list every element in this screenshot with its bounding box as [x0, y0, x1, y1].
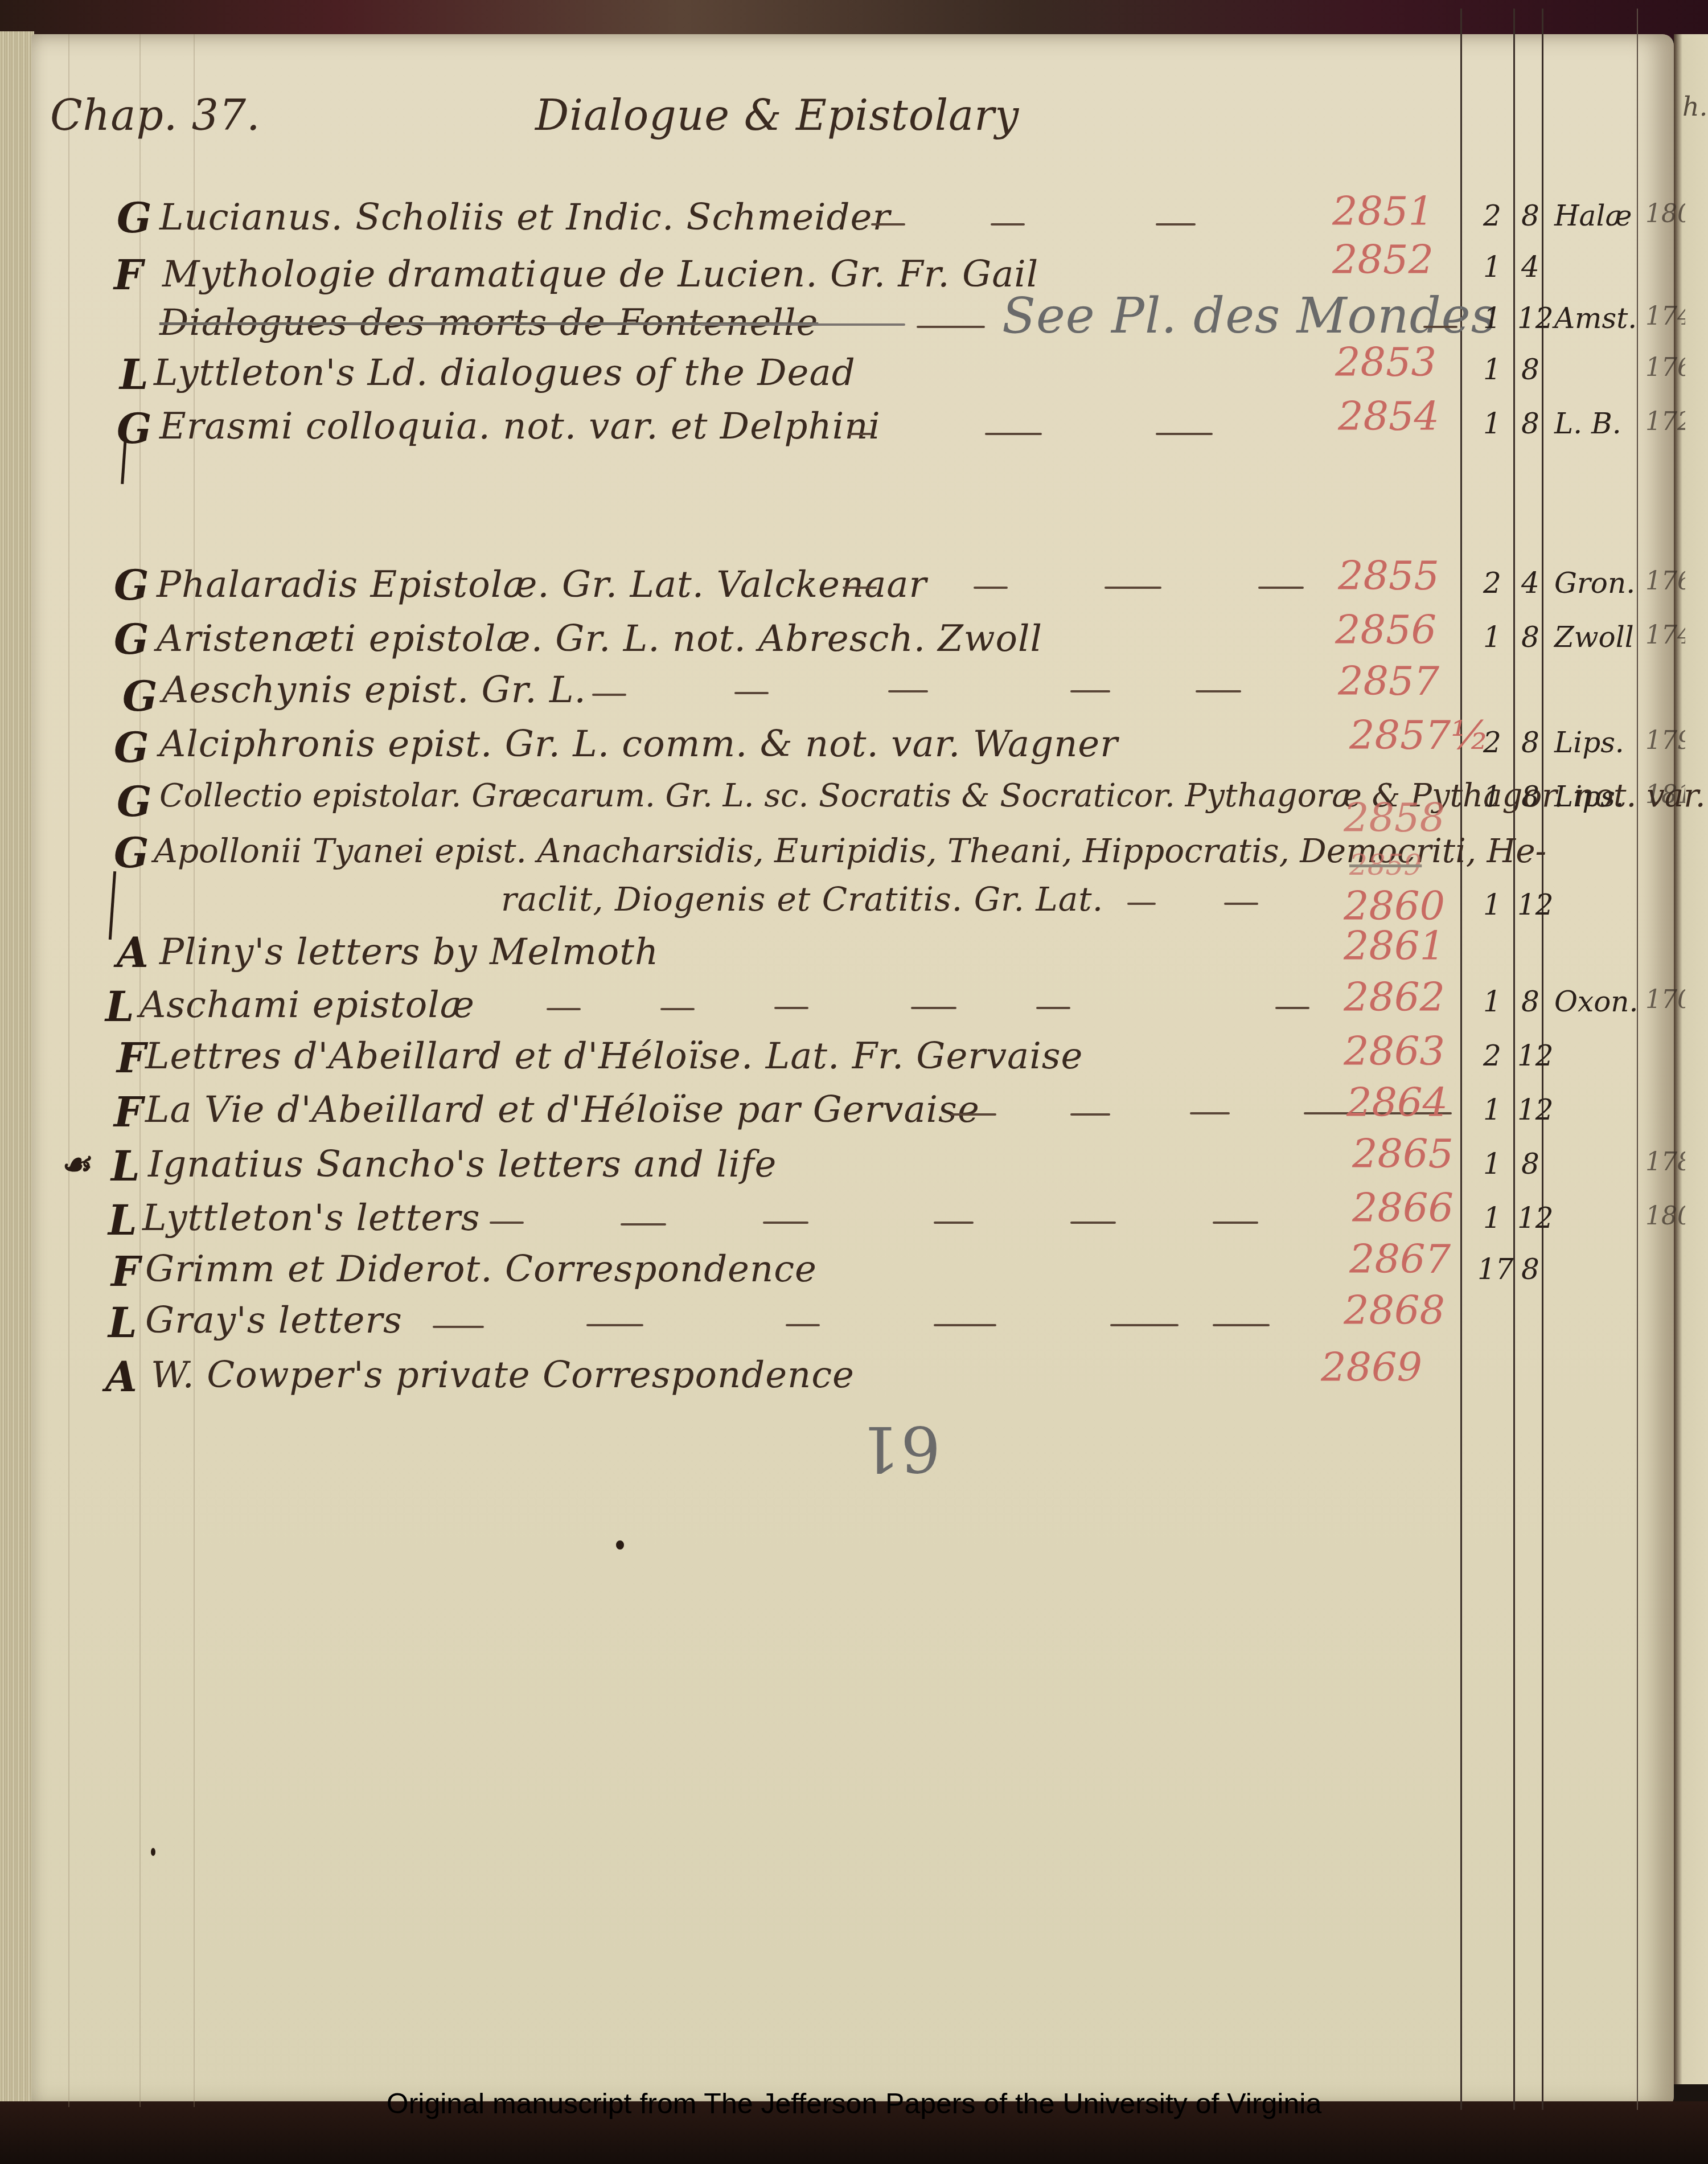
year: 1742 [1645, 302, 1685, 331]
volumes: 1 [1483, 1093, 1501, 1126]
volumes: 1 [1483, 353, 1501, 386]
year: 1802 [1645, 199, 1685, 228]
ink-speck [616, 1540, 624, 1550]
catalog-number: 2864 [1346, 1079, 1448, 1126]
place: Amst. [1554, 302, 1637, 335]
category-mark: G [114, 723, 150, 772]
entry-title: Aristenæti epistolæ. Gr. L. not. Abresch… [157, 618, 1042, 660]
year: 1703 [1645, 985, 1685, 1014]
category-mark: A [105, 1352, 138, 1401]
entry-title: Aeschynis epist. Gr. L. [162, 669, 586, 711]
format: 4 [1521, 567, 1539, 600]
format: 12 [1517, 1093, 1554, 1126]
year: 1782 [1645, 1147, 1685, 1177]
volumes: 2 [1483, 1039, 1501, 1072]
volumes: 1 [1483, 985, 1501, 1018]
entry-title: Ignatius Sancho's letters and life [148, 1144, 777, 1186]
catalog-number: 2861 [1344, 923, 1445, 969]
place: Zwoll [1554, 621, 1634, 654]
format: 8 [1521, 726, 1539, 759]
entry-title: Lyttleton's letters [142, 1197, 481, 1239]
catalog-number: 2868 [1344, 1287, 1445, 1334]
volumes: 1 [1483, 780, 1501, 813]
year: 1806 [1645, 1202, 1685, 1231]
volumes: 1 [1483, 407, 1501, 440]
entry-title: Pliny's letters by Melmoth [159, 931, 659, 973]
category-mark: G [122, 672, 158, 720]
volumes: 2 [1483, 726, 1501, 759]
volumes: 1 [1483, 888, 1501, 921]
format: 12 [1517, 302, 1554, 335]
catalog-number: 2866 [1352, 1185, 1454, 1231]
entry-title-struck: Dialogues des morts de Fontenelle [159, 302, 818, 344]
catalog-number-struck: 2859 [1349, 849, 1422, 882]
catalog-number: 2853 [1335, 339, 1436, 386]
format: 8 [1521, 199, 1539, 232]
place: Halæ [1554, 199, 1632, 232]
facing-page-chapter: h. 3 [1682, 91, 1708, 122]
entry-title: Mythologie dramatique de Lucien. Gr. Fr.… [162, 253, 1038, 296]
place: Oxon. [1554, 985, 1638, 1018]
catalog-number: 2863 [1344, 1028, 1445, 1075]
format: 8 [1521, 985, 1539, 1018]
catalog-number: 2852 [1332, 236, 1434, 283]
volumes: 1 [1483, 302, 1501, 335]
entry-title: Grimm et Diderot. Correspondence [145, 1248, 817, 1290]
pointing-hand-mark: ☙ [60, 1145, 91, 1185]
catalog-number: 2857 [1338, 658, 1439, 704]
format: 12 [1517, 1039, 1554, 1072]
pencil-note: See Pl. des Mondes [1002, 288, 1497, 345]
volumes: 1 [1483, 1202, 1501, 1235]
page-title: Dialogue & Epistolary [535, 91, 1019, 140]
catalog-number: 2855 [1338, 552, 1439, 599]
category-mark: F [111, 1247, 141, 1296]
pencil-page-number: 61 [860, 1412, 941, 1485]
category-mark: F [114, 1088, 143, 1136]
catalog-number: 2856 [1335, 606, 1436, 653]
entry-title: W. Cowper's private Correspondence [151, 1354, 855, 1396]
year: 1767 [1645, 567, 1685, 596]
category-mark: L [120, 350, 149, 399]
format: 8 [1521, 621, 1539, 654]
volumes: 1 [1483, 1147, 1501, 1181]
format: 8 [1521, 780, 1539, 813]
margin-rule [68, 34, 69, 2107]
category-mark: G [117, 777, 153, 826]
category-mark: G [114, 561, 150, 609]
year: 1760 [1645, 353, 1685, 382]
entry-title: Gray's letters [145, 1300, 403, 1342]
year: 1749 [1645, 621, 1685, 650]
column-divider [1637, 9, 1638, 2110]
volumes: 2 [1483, 199, 1501, 232]
catalog-number: 2851 [1332, 188, 1434, 235]
format: 12 [1517, 1202, 1554, 1235]
category-mark: L [108, 1196, 138, 1244]
catalog-number: 2857½ [1349, 712, 1489, 759]
catalog-number: 2869 [1321, 1344, 1422, 1391]
category-mark: G [117, 194, 153, 242]
place: Lips. [1554, 726, 1624, 759]
page-edges [0, 31, 34, 2110]
format: 8 [1521, 353, 1539, 386]
volumes: 17 [1477, 1253, 1514, 1286]
entry-title-continued: raclit, Diogenis et Cratitis. Gr. Lat. [501, 880, 1103, 919]
format: 4 [1521, 251, 1539, 284]
place: L. B. [1554, 407, 1621, 440]
format: 8 [1521, 1147, 1539, 1181]
category-mark: L [108, 1298, 138, 1347]
catalog-number: 2867 [1349, 1236, 1451, 1282]
volumes: 1 [1483, 621, 1501, 654]
facing-page-edge [1674, 34, 1708, 2084]
format: 8 [1521, 1253, 1539, 1286]
entry-title: Lucianus. Scholiis et Indic. Schmeider [159, 196, 890, 239]
format: 8 [1521, 407, 1539, 440]
category-mark: F [114, 251, 143, 299]
entry-title: Aschami epistolæ [139, 984, 475, 1026]
entry-title: Erasmi colloquia. not. var. et Delphini [159, 405, 881, 448]
category-mark: L [111, 1142, 141, 1190]
entry-title: Collectio epistolar. Græcarum. Gr. L. sc… [159, 777, 1706, 814]
category-mark: F [117, 1034, 146, 1082]
format: 12 [1517, 888, 1554, 921]
catalog-number: 2854 [1338, 393, 1439, 440]
chapter-label: Chap. 37. [50, 91, 261, 140]
entry-title: Lettres d'Abeillard et d'Héloïse. Lat. F… [145, 1035, 1083, 1077]
category-mark: L [105, 982, 135, 1031]
entry-title: Alciphronis epist. Gr. L. comm. & not. v… [159, 723, 1118, 765]
volumes: 1 [1483, 251, 1501, 284]
entry-title: Apollonii Tyanei epist. Anacharsidis, Eu… [154, 831, 1546, 870]
catalog-number: 2862 [1344, 974, 1445, 1020]
entry-title: Phalaradis Epistolæ. Gr. Lat. Valckenaar [157, 564, 927, 606]
category-mark: G [114, 615, 150, 663]
attribution-footer: Original manuscript from The Jefferson P… [0, 2087, 1708, 2120]
place: Gron. [1554, 567, 1635, 600]
category-mark: A [117, 928, 149, 977]
place: Lips. [1554, 780, 1624, 813]
year: 1798 [1645, 726, 1685, 755]
column-divider [1513, 9, 1515, 2110]
entry-title: La Vie d'Abeillard et d'Héloïse par Gerv… [145, 1089, 980, 1131]
category-mark: G [117, 404, 153, 453]
entry-title: Lyttleton's Ld. dialogues of the Dead [154, 352, 856, 394]
year: 1729 [1645, 407, 1685, 436]
year: 1815 [1645, 780, 1685, 809]
catalog-number: 2865 [1352, 1130, 1454, 1177]
ink-speck [151, 1848, 155, 1856]
volumes: 2 [1483, 567, 1501, 600]
category-mark: G [114, 829, 150, 877]
